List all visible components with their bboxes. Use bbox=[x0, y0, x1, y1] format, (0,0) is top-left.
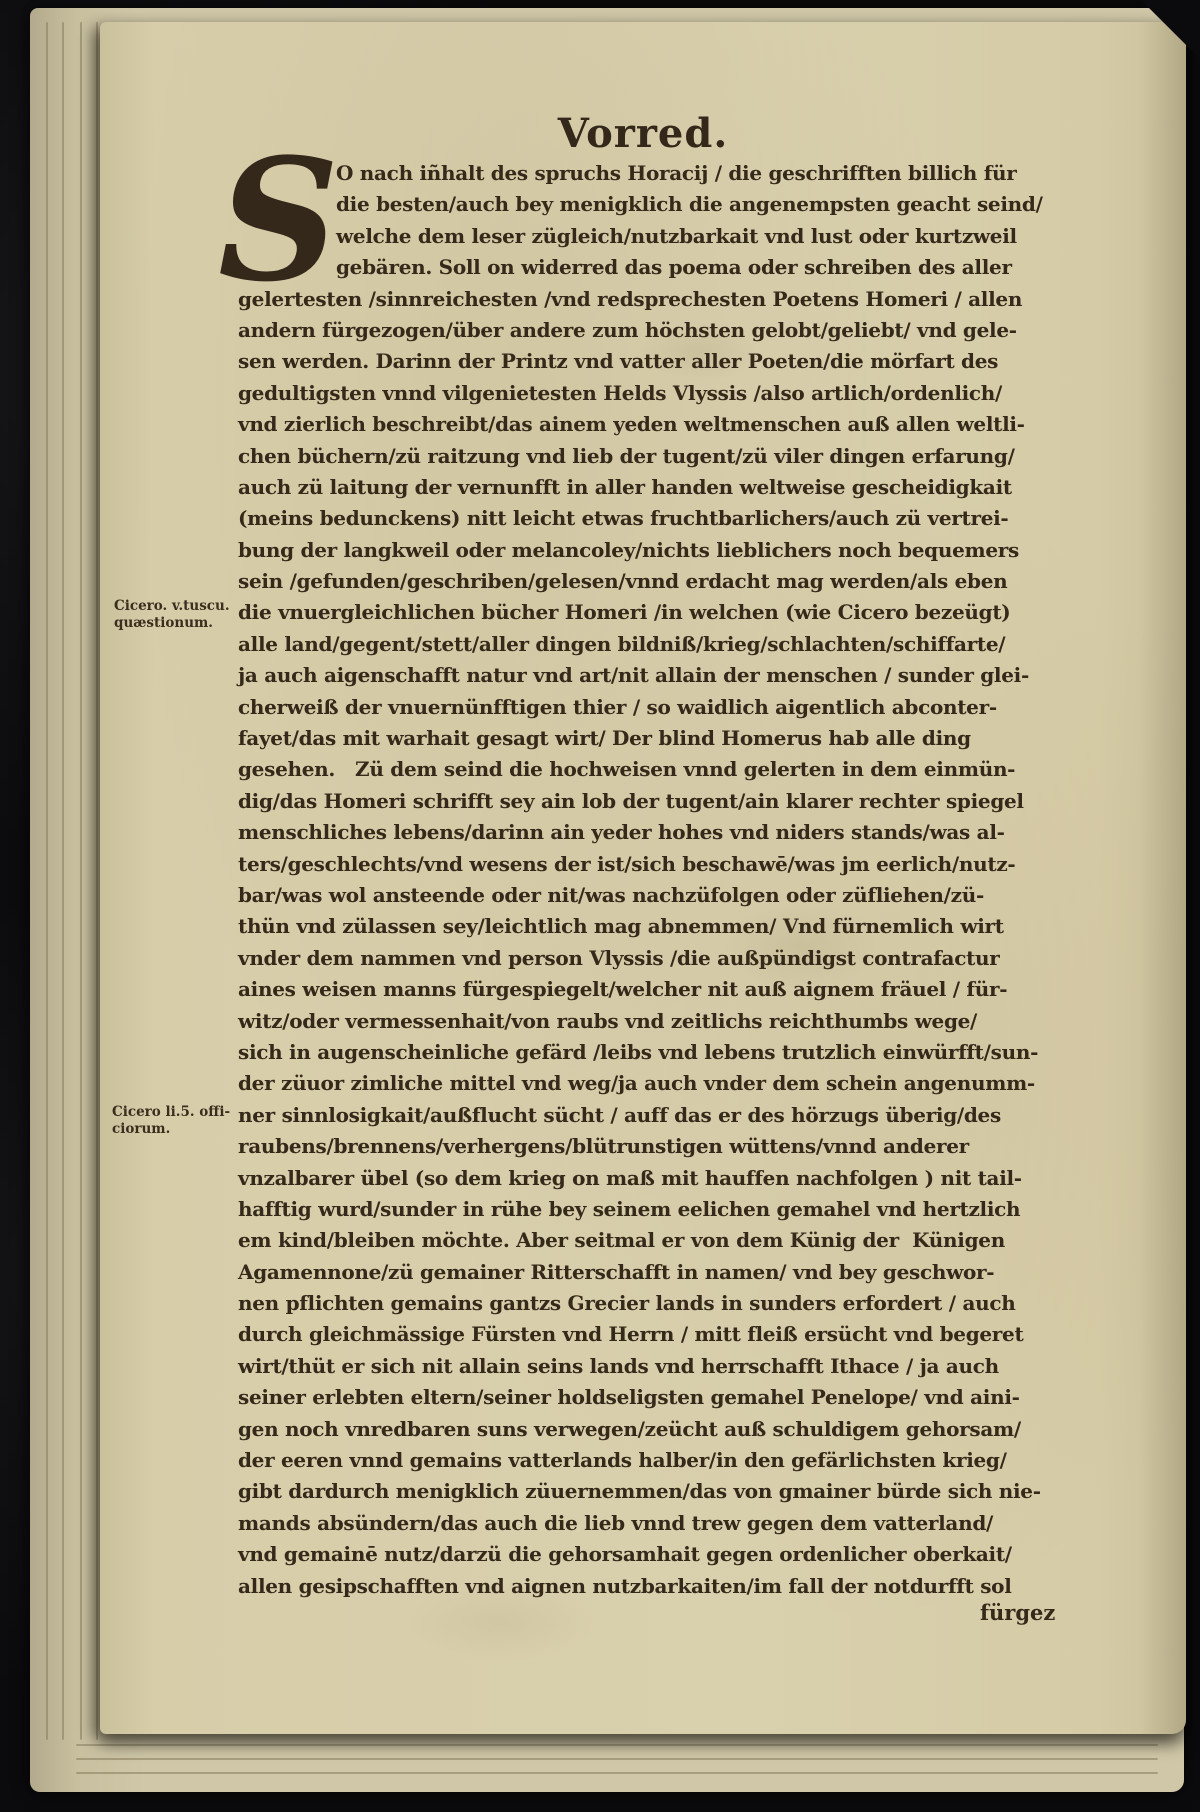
body-text-line: vnd zierlich beschreibt/das ainem yeden … bbox=[238, 409, 1050, 440]
body-text-line: auch zü laitung der vernunfft in aller h… bbox=[238, 472, 1050, 503]
body-text-line: gebären. Soll on widerred das poema oder… bbox=[238, 252, 1050, 283]
body-text-line: em kind/bleiben möchte. Aber seitmal er … bbox=[238, 1225, 1050, 1256]
body-text-line: die besten/auch bey menigklich die angen… bbox=[238, 189, 1050, 220]
page-edge-line bbox=[62, 22, 64, 1740]
body-text-line: O nach iñhalt des spruchs Horacij / die … bbox=[238, 158, 1050, 189]
body-text-line: fayet/das mit warhait gesagt wirt/ Der b… bbox=[238, 723, 1050, 754]
body-text-line: der eeren vnnd gemains vatterlands halbe… bbox=[238, 1445, 1050, 1476]
body-text-line: andern fürgezogen/über andere zum höchst… bbox=[238, 315, 1050, 346]
page-edge-line bbox=[76, 1772, 1158, 1774]
body-text-line: nen pflichten gemains gantzs Grecier lan… bbox=[238, 1288, 1050, 1319]
body-text-line: sich in augenscheinliche gefärd /leibs v… bbox=[238, 1037, 1050, 1068]
body-text-line: bung der langkweil oder melancoley/nicht… bbox=[238, 535, 1050, 566]
body-text-line: ja auch aigenschafft natur vnd art/nit a… bbox=[238, 660, 1050, 691]
margin-note-line: ciorum. bbox=[112, 1121, 234, 1138]
body-text-line: thün vnd zülassen sey/leichtlich mag abn… bbox=[238, 911, 1050, 942]
body-text-line: mands absündern/das auch die lieb vnnd t… bbox=[238, 1508, 1050, 1539]
body-text-line: vnzalbarer übel (so dem krieg on maß mit… bbox=[238, 1163, 1050, 1194]
margin-note-cicero-officiis: Cicero li.5. offi- ciorum. bbox=[112, 1104, 234, 1138]
body-text-line: gibt dardurch menigklich züuernemmen/das… bbox=[238, 1476, 1050, 1507]
margin-note-line: Cicero. v.tuscu. bbox=[114, 598, 236, 615]
body-text-line: wirt/thüt er sich nit allain seins lands… bbox=[238, 1351, 1050, 1382]
body-text-line: alle land/gegent/stett/aller dingen bild… bbox=[238, 629, 1050, 660]
body-text-line: gedultigsten vnnd vilgenietesten Helds V… bbox=[238, 378, 1050, 409]
body-text-line: die vnuergleichlichen bücher Homeri /in … bbox=[238, 597, 1050, 628]
page-edge-line bbox=[80, 22, 82, 1740]
body-text-line: hafftig wurd/sunder in rühe bey seinem e… bbox=[238, 1194, 1050, 1225]
body-text-line: witz/oder vermessenhait/von raubs vnd ze… bbox=[238, 1006, 1050, 1037]
body-text-block: O nach iñhalt des spruchs Horacij / die … bbox=[238, 158, 1050, 1602]
catchword: fürgez bbox=[980, 1600, 1200, 1625]
body-text-line: aines weisen manns fürgespiegelt/welcher… bbox=[238, 974, 1050, 1005]
margin-note-line: quæstionum. bbox=[114, 615, 236, 632]
body-text-line: vnd gemainē nutz/darzü die gehorsamhait … bbox=[238, 1539, 1050, 1570]
body-text-line: allen gesipschafften vnd aignen nutzbark… bbox=[238, 1571, 1050, 1602]
body-text-line: ters/geschlechts/vnd wesens der ist/sich… bbox=[238, 849, 1050, 880]
margin-note-cicero-tusculan: Cicero. v.tuscu. quæstionum. bbox=[114, 598, 236, 632]
body-text-line: bar/was wol ansteende oder nit/was nachz… bbox=[238, 880, 1050, 911]
page-edge-line bbox=[76, 1758, 1158, 1760]
body-text-line: seiner erlebten eltern/seiner holdseligs… bbox=[238, 1382, 1050, 1413]
page-edge-line bbox=[76, 1744, 1158, 1746]
body-text-line: (meins bedunckens) nitt leicht etwas fru… bbox=[238, 503, 1050, 534]
body-text-line: sen werden. Darinn der Printz vnd vatter… bbox=[238, 346, 1050, 377]
page-edge-line bbox=[46, 22, 48, 1740]
body-text-line: gelertesten /sinnreichesten /vnd redspre… bbox=[238, 284, 1050, 315]
body-text-line: raubens/brennens/verhergens/blütrunstige… bbox=[238, 1131, 1050, 1162]
body-text-line: Agamennone/zü gemainer Ritterschafft in … bbox=[238, 1257, 1050, 1288]
page-edge-line bbox=[96, 22, 98, 1740]
body-text-line: gesehen. Zü dem seind die hochweisen vnn… bbox=[238, 754, 1050, 785]
book-page: Vorred. S O nach iñhalt des spruchs Hora… bbox=[100, 22, 1186, 1734]
body-text-line: durch gleichmässige Fürsten vnd Herrn / … bbox=[238, 1319, 1050, 1350]
body-text-line: cherweiß der vnuernünfftigen thier / so … bbox=[238, 692, 1050, 723]
body-text-line: gen noch vnredbaren suns verwegen/zeücht… bbox=[238, 1414, 1050, 1445]
body-text-line: welche dem leser zügleich/nutzbarkait vn… bbox=[238, 221, 1050, 252]
margin-note-line: Cicero li.5. offi- bbox=[112, 1104, 234, 1121]
page-gutter-shadow bbox=[1140, 22, 1186, 1734]
body-text-line: menschliches lebens/darinn ain yeder hoh… bbox=[238, 817, 1050, 848]
body-text-line: der züuor zimliche mittel vnd weg/ja auc… bbox=[238, 1068, 1050, 1099]
body-text-line: sein /gefunden/geschriben/gelesen/vnnd e… bbox=[238, 566, 1050, 597]
body-text-line: ner sinnlosigkait/außflucht sücht / auff… bbox=[238, 1100, 1050, 1131]
body-text-line: chen büchern/zü raitzung vnd lieb der tu… bbox=[238, 441, 1050, 472]
body-text-line: vnder dem nammen vnd person Vlyssis /die… bbox=[238, 943, 1050, 974]
body-text-line: dig/das Homeri schrifft sey ain lob der … bbox=[238, 786, 1050, 817]
